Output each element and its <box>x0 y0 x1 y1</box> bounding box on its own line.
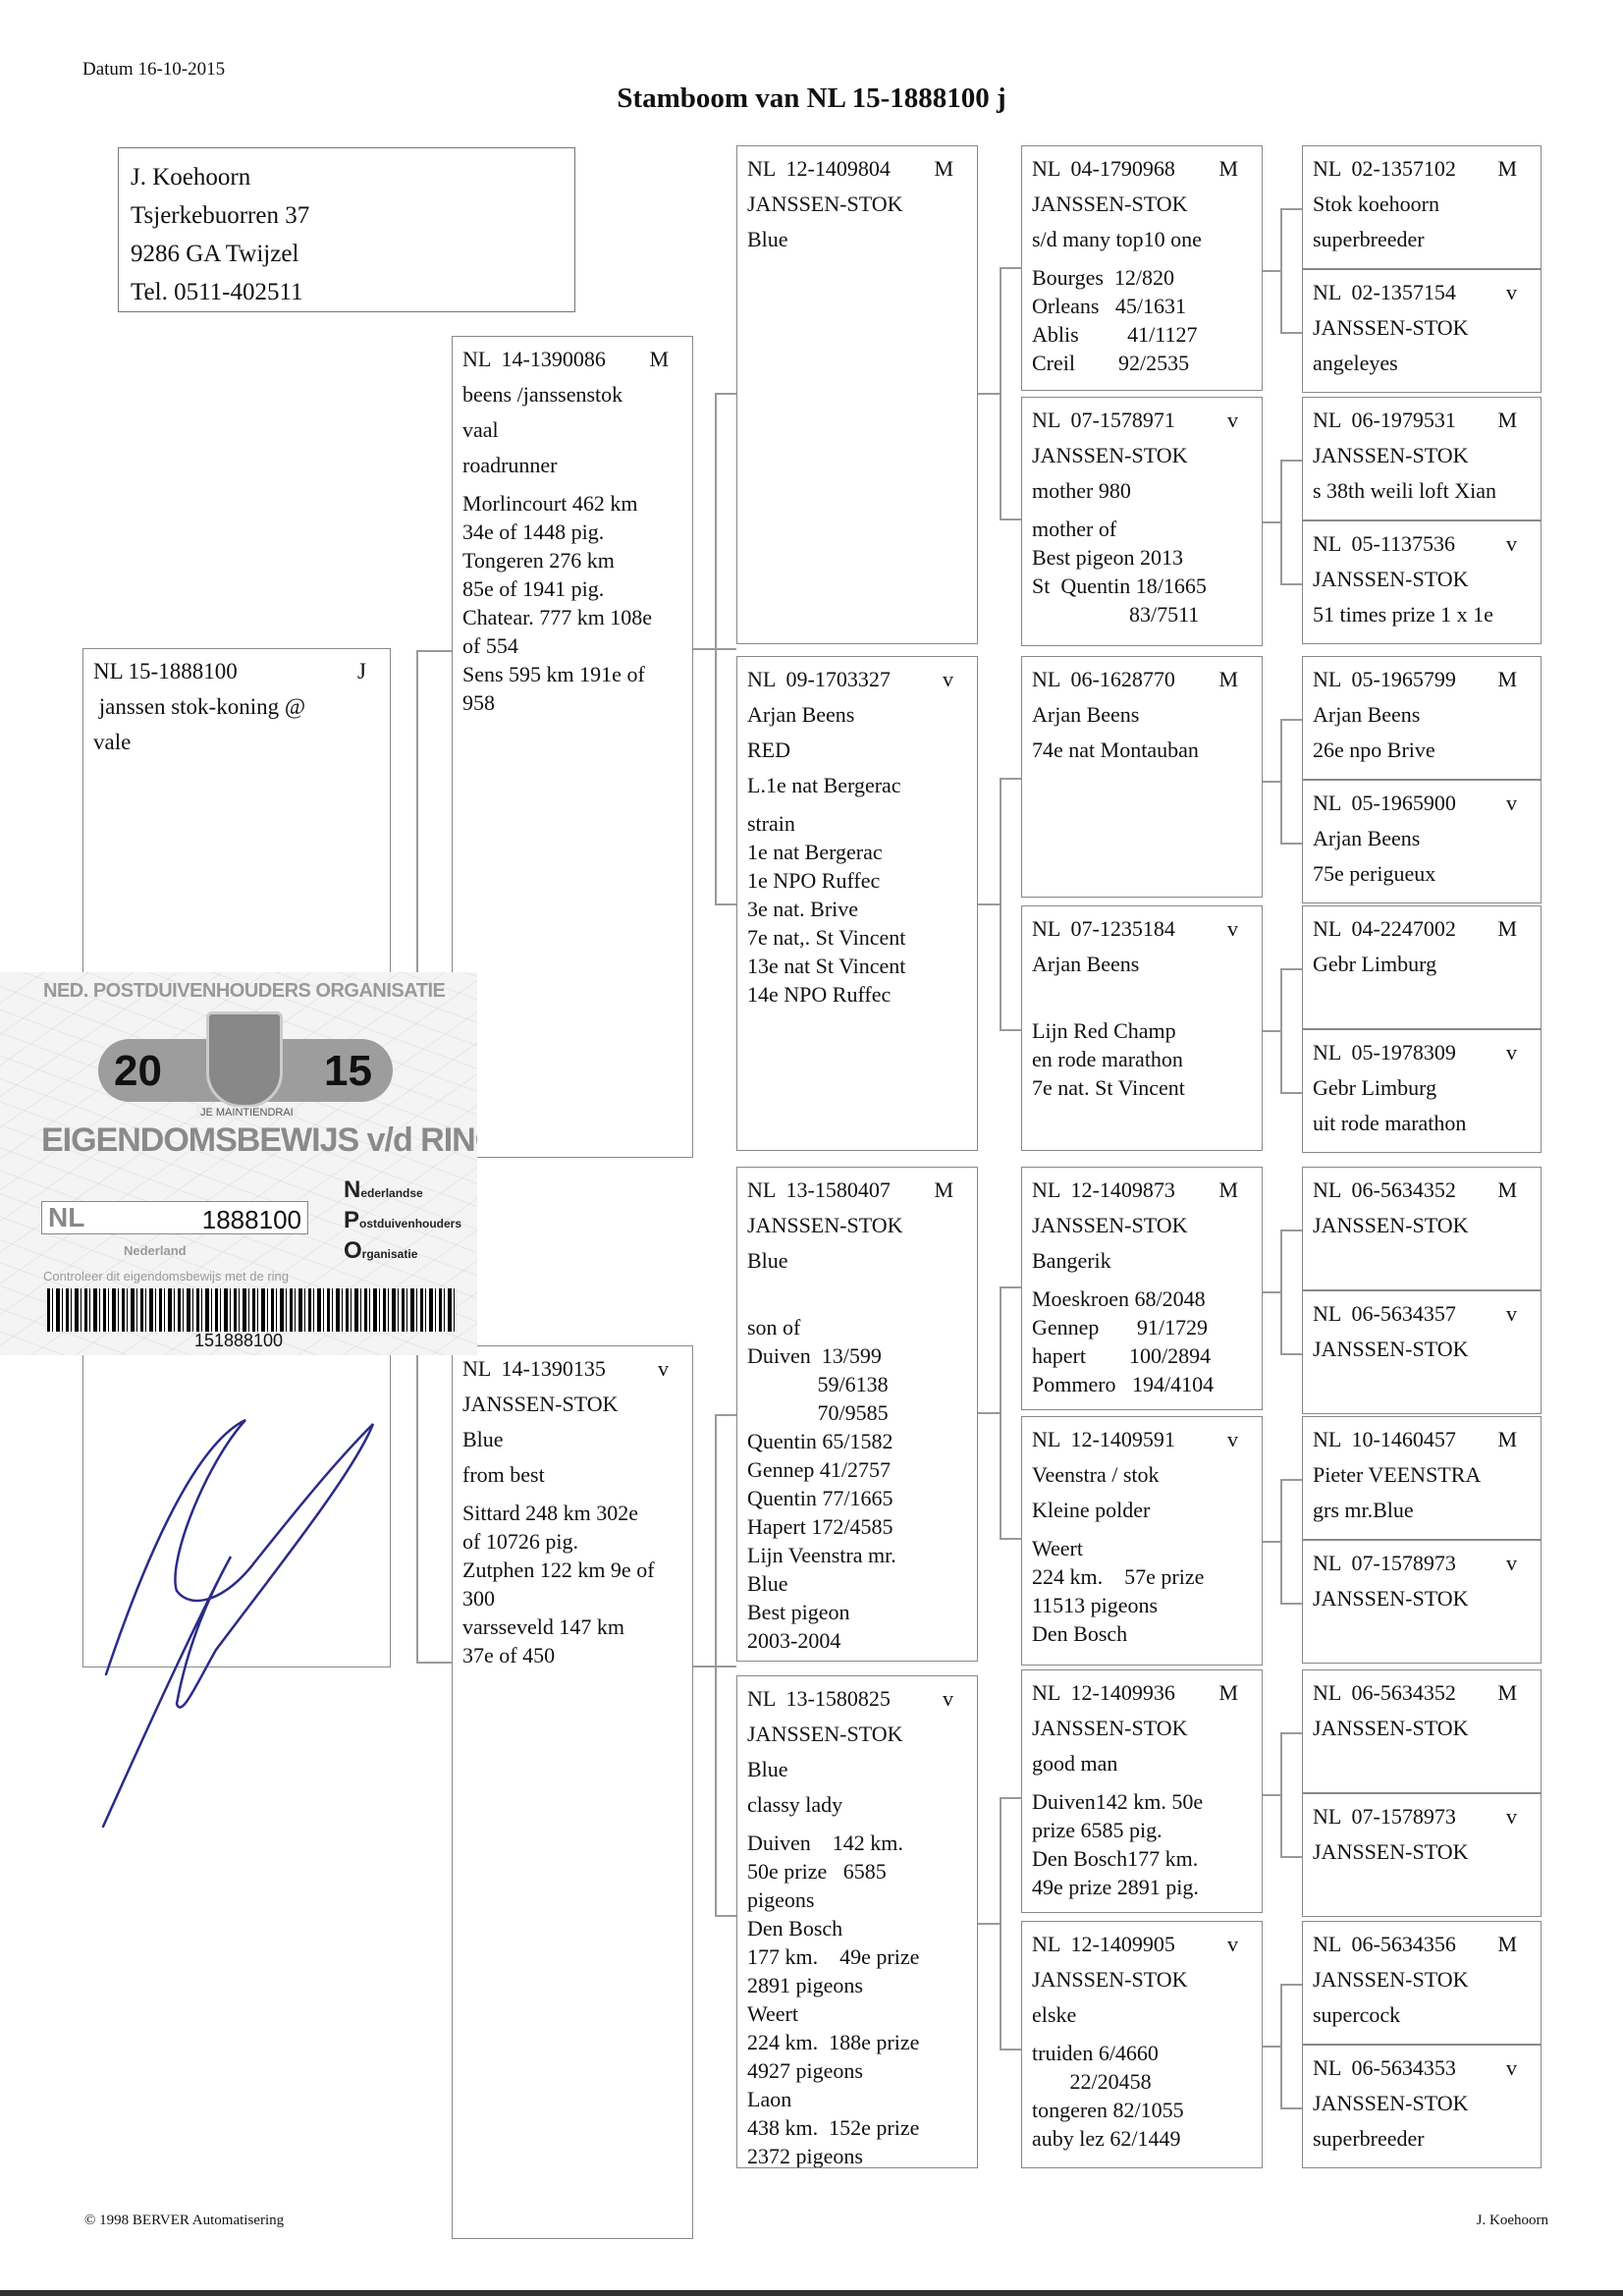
ring-header: NL 07-1235184v <box>1032 914 1252 943</box>
lion-crest-icon <box>206 1011 283 1108</box>
result-line: Weert <box>1032 1534 1252 1562</box>
sex-marker: M <box>1497 154 1517 183</box>
connector-line <box>1000 1797 1001 2049</box>
pigeon-note: JANSSEN-STOK <box>1313 1584 1531 1613</box>
sex-marker: M <box>1218 1175 1238 1204</box>
connector-line <box>416 1662 452 1664</box>
result-line: 7e nat,. St Vincent <box>747 923 967 952</box>
pigeon-note: JANSSEN-STOK <box>462 1390 682 1418</box>
sex-marker: v <box>1506 1038 1517 1066</box>
result-line: 85e of 1941 pig. <box>462 574 682 603</box>
result-line: Pommero 194/4104 <box>1032 1370 1252 1398</box>
pigeon-note: angeleyes <box>1313 349 1531 377</box>
connector-line <box>1280 208 1282 332</box>
ring-number: NL 06-5634353 <box>1313 2053 1456 2082</box>
result-line: Ablis 41/1127 <box>1032 320 1252 349</box>
pigeon-note: 74e nat Montauban <box>1032 736 1252 764</box>
ring-number: NL 14-1390135 <box>462 1354 606 1383</box>
ring-number: NL 12-1409804 <box>747 154 891 183</box>
ring-number: NL 06-5634352 <box>1313 1175 1456 1204</box>
result-line: 13e nat St Vincent <box>747 952 967 980</box>
sex-marker: J <box>357 657 366 685</box>
connector-line <box>1000 1029 1021 1031</box>
sex-marker: v <box>1227 914 1238 943</box>
result-line: 300 <box>462 1584 682 1613</box>
ancestor-card-11: NL 07-1578973vJANSSEN-STOK <box>1302 1540 1542 1664</box>
result-line: Zutphen 122 km 9e of <box>462 1556 682 1584</box>
ring-number: NL 06-5634357 <box>1313 1299 1456 1328</box>
pigeon-note: from best <box>462 1460 682 1489</box>
connector-line <box>1280 1230 1302 1231</box>
ring-number: NL 12-1409591 <box>1032 1425 1175 1453</box>
ring-number: NL 07-1235184 <box>1032 914 1175 943</box>
result-line: Tongeren 276 km <box>462 546 682 574</box>
ring-number: NL 10-1460457 <box>1313 1425 1456 1453</box>
connector-line <box>1000 778 1001 1029</box>
race-results: Weert224 km. 57e prize11513 pigeonsDen B… <box>1032 1534 1252 1648</box>
ancestor-card-9: NL 06-5634357vJANSSEN-STOK <box>1302 1290 1542 1414</box>
ring-number: NL 06-5634356 <box>1313 1930 1456 1958</box>
owner-phone: Tel. 0511-402511 <box>131 273 563 311</box>
connector-line <box>693 1666 736 1667</box>
grandparent-card-3: NL 13-1580825vJANSSEN-STOKBlueclassy lad… <box>736 1675 978 2168</box>
connector-line <box>1000 519 1021 520</box>
connector-line <box>1263 1291 1280 1293</box>
pigeon-note: Stok koehoorn <box>1313 190 1531 218</box>
connector-line <box>1280 1732 1282 1856</box>
sex-marker: M <box>1218 154 1238 183</box>
result-line: truiden 6/4660 <box>1032 2039 1252 2067</box>
ring-header: NL 06-5634352M <box>1313 1175 1531 1204</box>
connector-line <box>715 903 736 905</box>
ring-header: NL 06-1979531M <box>1313 406 1531 434</box>
race-results: Lijn Red Champen rode marathon7e nat. St… <box>1032 988 1252 1102</box>
pigeon-note: JANSSEN-STOK <box>1313 565 1531 593</box>
ring-number: NL 06-1628770 <box>1032 665 1175 693</box>
sex-marker: M <box>1497 914 1517 943</box>
pigeon-note: Blue <box>747 1246 967 1275</box>
signature <box>59 1355 412 1866</box>
connector-line <box>1263 2046 1280 2048</box>
connector-line <box>1280 719 1282 843</box>
race-results: Duiven 142 km.50e prize 6585pigeonsDen B… <box>747 1829 967 2168</box>
ancestor-card-4: NL 05-1965799MArjan Beens26e npo Brive <box>1302 656 1542 780</box>
pigeon-note: Arjan Beens <box>1032 950 1252 978</box>
ring-number: NL 02-1357154 <box>1313 278 1456 306</box>
pigeon-note: s 38th weili loft Xian <box>1313 476 1531 505</box>
connector-line <box>978 1412 1000 1414</box>
scan-edge <box>0 2290 1623 2296</box>
result-line: Best pigeon <box>747 1598 967 1626</box>
pigeon-note: JANSSEN-STOK <box>1313 1965 1531 1994</box>
connector-line <box>1280 208 1302 210</box>
sex-marker: v <box>658 1354 669 1383</box>
result-line: 50e prize 6585 <box>747 1857 967 1886</box>
pigeon-note: supercock <box>1313 2000 1531 2029</box>
ring-number: NL 13-1580407 <box>747 1175 891 1204</box>
connector-line <box>1280 460 1282 583</box>
card-motto: JE MAINTIENDRAI <box>196 1107 298 1119</box>
ancestor-card-2: NL 06-1979531MJANSSEN-STOKs 38th weili l… <box>1302 397 1542 520</box>
connector-line <box>1000 778 1021 780</box>
result-line: Duiven 13/599 <box>747 1341 967 1370</box>
connector-line <box>1280 583 1302 585</box>
pigeon-note: s/d many top10 one <box>1032 225 1252 253</box>
connector-line <box>1263 1030 1280 1032</box>
result-line: tongeren 82/1055 <box>1032 2096 1252 2124</box>
connector-line <box>416 650 452 652</box>
pigeon-note: classy lady <box>747 1790 967 1819</box>
owner-street: Tsjerkebuorren 37 <box>131 196 563 235</box>
connector-line <box>1000 1797 1021 1799</box>
result-line: 22/20458 <box>1032 2067 1252 2096</box>
great-grandparent-card-4: NL 12-1409873MJANSSEN-STOKBangerikMoeskr… <box>1021 1167 1263 1410</box>
connector-line <box>1280 968 1302 970</box>
pigeon-note: JANSSEN-STOK <box>747 1211 967 1239</box>
connector-line <box>715 1915 736 1917</box>
pigeon-note: JANSSEN-STOK <box>1313 441 1531 469</box>
ring-number: NL 05-1965799 <box>1313 665 1456 693</box>
pigeon-note: roadrunner <box>462 451 682 479</box>
card-organisation: NED. POSTDUIVENHOUDERS ORGANISATIE <box>43 980 445 1003</box>
connector-line <box>1263 270 1280 272</box>
owner-address-block: J. Koehoorn Tsjerkebuorren 37 9286 GA Tw… <box>118 147 575 312</box>
result-line: of 10726 pig. <box>462 1527 682 1556</box>
result-line: Sittard 248 km 302e <box>462 1499 682 1527</box>
pigeon-note: grs mr.Blue <box>1313 1496 1531 1524</box>
pigeon-note: JANSSEN-STOK <box>1032 441 1252 469</box>
connector-line <box>1263 1794 1280 1796</box>
result-line: 438 km. 152e prize <box>747 2113 967 2142</box>
pigeon-note: Veenstra / stok <box>1032 1460 1252 1489</box>
connector-line <box>715 1414 736 1416</box>
connector-line <box>1000 1538 1021 1540</box>
ancestor-card-14: NL 06-5634356MJANSSEN-STOKsupercock <box>1302 1921 1542 2045</box>
pigeon-note: 26e npo Brive <box>1313 736 1531 764</box>
result-line: 4927 pigeons <box>747 2056 967 2085</box>
connector-line <box>1000 267 1021 269</box>
result-line: 11513 pigeons <box>1032 1591 1252 1619</box>
pigeon-note: JANSSEN-STOK <box>1032 1714 1252 1742</box>
ancestor-card-1: NL 02-1357154vJANSSEN-STOKangeleyes <box>1302 269 1542 393</box>
result-line: 14e NPO Ruffec <box>747 980 967 1009</box>
ring-header: NL 10-1460457M <box>1313 1425 1531 1453</box>
pigeon-note: janssen stok-koning @ <box>93 692 380 721</box>
pigeon-note: Gebr Limburg <box>1313 1073 1531 1102</box>
result-line: Gennep 41/2757 <box>747 1455 967 1484</box>
pigeon-note: elske <box>1032 2000 1252 2029</box>
race-results: Moeskroen 68/2048Gennep 91/1729hapert 10… <box>1032 1285 1252 1398</box>
country-name: Nederland <box>124 1243 187 1258</box>
ring-header: NL 05-1965900v <box>1313 789 1531 817</box>
result-line: 177 km. 49e prize <box>747 1942 967 1971</box>
connector-line <box>715 393 736 395</box>
ring-number: NL 06-5634352 <box>1313 1678 1456 1707</box>
ancestor-card-5: NL 05-1965900vArjan Beens75e perigueux <box>1302 780 1542 903</box>
npo-line: Postduivenhouders <box>344 1207 461 1237</box>
connector-line <box>1280 1353 1302 1355</box>
document-date: Datum 16-10-2015 <box>82 59 225 81</box>
result-line: 49e prize 2891 pig. <box>1032 1873 1252 1901</box>
result-line: Duiven142 km. 50e <box>1032 1787 1252 1816</box>
pigeon-note: Arjan Beens <box>1313 700 1531 729</box>
ring-number: NL 04-2247002 <box>1313 914 1456 943</box>
grandparent-card-2: NL 13-1580407MJANSSEN-STOKBlue son ofDui… <box>736 1167 978 1662</box>
pigeon-note: 51 times prize 1 x 1e <box>1313 600 1531 629</box>
ring-number: NL 12-1409905 <box>1032 1930 1175 1958</box>
connector-line <box>1280 460 1302 462</box>
ring-header: NL 04-2247002M <box>1313 914 1531 943</box>
great-grandparent-card-2: NL 06-1628770MArjan Beens74e nat Montaub… <box>1021 656 1263 898</box>
result-line: 958 <box>462 688 682 717</box>
grandparent-card-0: NL 12-1409804MJANSSEN-STOKBlue <box>736 145 978 644</box>
ring-number: NL 12-1409936 <box>1032 1678 1175 1707</box>
check-instruction: Controleer dit eigendomsbewijs met de ri… <box>43 1269 289 1284</box>
pigeon-note: superbreeder <box>1313 225 1531 253</box>
ancestor-card-3: NL 05-1137536vJANSSEN-STOK51 times prize… <box>1302 520 1542 644</box>
result-line: 59/6138 <box>747 1370 967 1398</box>
result-line: Hapert 172/4585 <box>747 1512 967 1541</box>
sex-marker: v <box>1506 1549 1517 1577</box>
connector-line <box>1280 843 1302 845</box>
country-code: NL <box>48 1202 84 1233</box>
ring-number: NL 07-1578973 <box>1313 1802 1456 1831</box>
result-line: prize 6585 pig. <box>1032 1816 1252 1844</box>
ring-header: NL 06-5634352M <box>1313 1678 1531 1707</box>
ring-header: NL 06-1628770M <box>1032 665 1252 693</box>
card-title: EIGENDOMSBEWIJS v/d RING <box>41 1121 477 1160</box>
ring-header: NL 06-5634356M <box>1313 1930 1531 1958</box>
ring-number: 1888100 <box>202 1205 301 1235</box>
copyright-text: © 1998 BERVER Automatisering <box>84 2213 284 2229</box>
ring-header: NL 05-1137536v <box>1313 529 1531 558</box>
result-line: Sens 595 km 191e of <box>462 660 682 688</box>
result-line: 224 km. 57e prize <box>1032 1562 1252 1591</box>
result-line: Best pigeon 2013 <box>1032 543 1252 572</box>
ring-header: NL 13-1580407M <box>747 1175 967 1204</box>
result-line: 2372 pigeons <box>747 2142 967 2168</box>
race-results: Duiven142 km. 50eprize 6585 pig.Den Bosc… <box>1032 1787 1252 1901</box>
ring-number: NL 05-1137536 <box>1313 529 1455 558</box>
result-line: Lijn Veenstra mr. <box>747 1541 967 1569</box>
result-line: 1e NPO Ruffec <box>747 866 967 895</box>
grandparent-card-1: NL 09-1703327vArjan BeensREDL.1e nat Ber… <box>736 656 978 1151</box>
ring-number: NL 05-1978309 <box>1313 1038 1456 1066</box>
result-line: varsseveld 147 km <box>462 1613 682 1641</box>
connector-line <box>1280 1856 1302 1858</box>
ring-header: NL 12-1409936M <box>1032 1678 1252 1707</box>
ring-number-field: NL 1888100 <box>41 1201 308 1234</box>
connector-line <box>1280 2107 1302 2109</box>
connector-line <box>978 903 1000 905</box>
ancestor-card-8: NL 06-5634352MJANSSEN-STOK <box>1302 1167 1542 1290</box>
result-line: Morlincourt 462 km <box>462 489 682 518</box>
race-results: son ofDuiven 13/599 59/6138 70/9585Quent… <box>747 1285 967 1655</box>
ancestor-card-15: NL 06-5634353vJANSSEN-STOKsuperbreeder <box>1302 2045 1542 2168</box>
result-line: 7e nat. St Vincent <box>1032 1073 1252 1102</box>
result-line: Quentin 65/1582 <box>747 1427 967 1455</box>
barcode <box>47 1288 456 1332</box>
pigeon-note: JANSSEN-STOK <box>1313 1837 1531 1866</box>
ring-number: NL 13-1580825 <box>747 1684 891 1713</box>
result-line: of 554 <box>462 631 682 660</box>
pigeon-note: Kleine polder <box>1032 1496 1252 1524</box>
connector-line <box>1280 719 1302 721</box>
ring-header: NL 04-1790968M <box>1032 154 1252 183</box>
result-line: Den Bosch <box>747 1914 967 1942</box>
sex-marker: M <box>649 345 669 373</box>
race-results: Bourges 12/820Orleans 45/1631Ablis 41/11… <box>1032 263 1252 377</box>
pigeon-note: Arjan Beens <box>1313 824 1531 852</box>
pigeon-note: Bangerik <box>1032 1246 1252 1275</box>
pigeon-note: vale <box>93 728 380 756</box>
result-line: St Quentin 18/1665 <box>1032 572 1252 600</box>
pigeon-note: JANSSEN-STOK <box>747 190 967 218</box>
pigeon-note: JANSSEN-STOK <box>1313 1714 1531 1742</box>
sex-marker: v <box>943 665 953 693</box>
sex-marker: M <box>1218 1678 1238 1707</box>
great-grandparent-card-1: NL 07-1578971vJANSSEN-STOKmother 980moth… <box>1021 397 1263 646</box>
ancestor-card-7: NL 05-1978309vGebr Limburguit rode marat… <box>1302 1029 1542 1153</box>
ring-number: NL 12-1409873 <box>1032 1175 1175 1204</box>
pigeon-note: Blue <box>747 1755 967 1783</box>
connector-line <box>978 1923 1000 1925</box>
barcode-number: 151888100 <box>0 1331 477 1351</box>
result-line: Den Bosch177 km. <box>1032 1844 1252 1873</box>
sex-marker: v <box>1506 2053 1517 2082</box>
owner-name: J. Koehoorn <box>131 158 563 196</box>
result-line: 2003-2004 <box>747 1626 967 1655</box>
ring-header: NL 14-1390086M <box>462 345 682 373</box>
pigeon-note: JANSSEN-STOK <box>1313 2089 1531 2117</box>
connector-line <box>1280 968 1282 1092</box>
connector-line <box>1280 1984 1302 1986</box>
pigeon-note: superbreeder <box>1313 2124 1531 2153</box>
result-line: 37e of 450 <box>462 1641 682 1669</box>
card-year-left: 20 <box>114 1047 162 1096</box>
ring-number: NL 07-1578973 <box>1313 1549 1456 1577</box>
result-line: strain <box>747 809 967 838</box>
ring-header: NL 02-1357102M <box>1313 154 1531 183</box>
sex-marker: M <box>934 154 953 183</box>
pigeon-note: good man <box>1032 1749 1252 1777</box>
ownership-certificate: NED. POSTDUIVENHOUDERS ORGANISATIE 20 15… <box>0 972 477 1355</box>
result-line: Duiven 142 km. <box>747 1829 967 1857</box>
ring-header: NL 09-1703327v <box>747 665 967 693</box>
result-line: Chatear. 777 km 108e <box>462 603 682 631</box>
ring-number: NL 05-1965900 <box>1313 789 1456 817</box>
ancestor-card-12: NL 06-5634352MJANSSEN-STOK <box>1302 1669 1542 1793</box>
ring-header: NL 06-5634353v <box>1313 2053 1531 2082</box>
sex-marker: v <box>1506 789 1517 817</box>
connector-line <box>1280 1092 1302 1094</box>
ring-header: NL 12-1409873M <box>1032 1175 1252 1204</box>
ring-number: NL 07-1578971 <box>1032 406 1175 434</box>
result-line: 1e nat Bergerac <box>747 838 967 866</box>
result-line: Quentin 77/1665 <box>747 1484 967 1512</box>
result-line: en rode marathon <box>1032 1045 1252 1073</box>
sex-marker: v <box>1227 1930 1238 1958</box>
pigeon-note: Arjan Beens <box>747 700 967 729</box>
sex-marker: v <box>943 1684 953 1713</box>
parent-card-1: NL 14-1390135vJANSSEN-STOKBluefrom bestS… <box>452 1345 693 2239</box>
result-line: Bourges 12/820 <box>1032 263 1252 292</box>
result-line: Laon <box>747 2085 967 2113</box>
connector-line <box>1280 1230 1282 1353</box>
result-line: Weert <box>747 1999 967 2028</box>
connector-line <box>1280 332 1302 334</box>
connector-line <box>1280 1732 1302 1734</box>
ring-number: NL 04-1790968 <box>1032 154 1175 183</box>
sex-marker: v <box>1227 1425 1238 1453</box>
pigeon-note: vaal <box>462 415 682 444</box>
ancestor-card-10: NL 10-1460457MPieter VEENSTRAgrs mr.Blue <box>1302 1416 1542 1540</box>
pigeon-note: mother 980 <box>1032 476 1252 505</box>
result-line <box>747 1285 967 1313</box>
result-line <box>1032 988 1252 1016</box>
race-results: mother ofBest pigeon 2013St Quentin 18/1… <box>1032 515 1252 629</box>
connector-line <box>1000 2049 1021 2050</box>
card-year-right: 15 <box>324 1047 372 1096</box>
result-line: 83/7511 <box>1032 600 1252 629</box>
pigeon-note: JANSSEN-STOK <box>1032 1965 1252 1994</box>
result-line: auby lez 62/1449 <box>1032 2124 1252 2153</box>
sex-marker: M <box>1497 406 1517 434</box>
ring-number: NL 02-1357102 <box>1313 154 1456 183</box>
sex-marker: v <box>1227 406 1238 434</box>
ring-number: NL 14-1390086 <box>462 345 606 373</box>
sex-marker: M <box>1497 1930 1517 1958</box>
great-grandparent-card-0: NL 04-1790968MJANSSEN-STOKs/d many top10… <box>1021 145 1263 391</box>
npo-line: Nederlandse <box>344 1176 461 1207</box>
ancestor-card-6: NL 04-2247002MGebr Limburg <box>1302 905 1542 1029</box>
connector-line <box>1280 1479 1282 1603</box>
pigeon-note: JANSSEN-STOK <box>1313 313 1531 342</box>
great-grandparent-card-3: NL 07-1235184vArjan Beens Lijn Red Champ… <box>1021 905 1263 1151</box>
pigeon-note: L.1e nat Bergerac <box>747 771 967 799</box>
pigeon-note: JANSSEN-STOK <box>1032 190 1252 218</box>
ring-header: NL 06-5634357v <box>1313 1299 1531 1328</box>
ring-header: NL 07-1578973v <box>1313 1549 1531 1577</box>
result-line: 34e of 1448 pig. <box>462 518 682 546</box>
result-line: Creil 92/2535 <box>1032 349 1252 377</box>
pigeon-note: Blue <box>462 1425 682 1453</box>
sex-marker: M <box>934 1175 953 1204</box>
great-grandparent-card-5: NL 12-1409591vVeenstra / stokKleine pold… <box>1021 1416 1263 1666</box>
result-line: Blue <box>747 1569 967 1598</box>
ring-header: NL 13-1580825v <box>747 1684 967 1713</box>
ring-number: NL 15-1888100 <box>93 657 238 685</box>
parent-card-0: NL 14-1390086Mbeens /janssenstokvaalroad… <box>452 336 693 1158</box>
sex-marker: v <box>1506 278 1517 306</box>
result-line: Den Bosch <box>1032 1619 1252 1648</box>
connector-line <box>1000 1286 1001 1538</box>
pigeon-note: JANSSEN-STOK <box>1313 1335 1531 1363</box>
result-line: Orleans 45/1631 <box>1032 292 1252 320</box>
ring-number: NL 06-1979531 <box>1313 406 1456 434</box>
great-grandparent-card-7: NL 12-1409905vJANSSEN-STOKelsketruiden 6… <box>1021 1921 1263 2168</box>
ancestor-card-13: NL 07-1578973vJANSSEN-STOK <box>1302 1793 1542 1917</box>
connector-line <box>1280 1479 1302 1481</box>
result-line: 2891 pigeons <box>747 1971 967 1999</box>
result-line: Moeskroen 68/2048 <box>1032 1285 1252 1313</box>
pigeon-note: Gebr Limburg <box>1313 950 1531 978</box>
race-results: truiden 6/4660 22/20458tongeren 82/1055a… <box>1032 2039 1252 2153</box>
ring-header: NL 12-1409804M <box>747 154 967 183</box>
sex-marker: M <box>1497 1425 1517 1453</box>
race-results: Sittard 248 km 302eof 10726 pig.Zutphen … <box>462 1499 682 1669</box>
connector-line <box>1000 1286 1021 1288</box>
